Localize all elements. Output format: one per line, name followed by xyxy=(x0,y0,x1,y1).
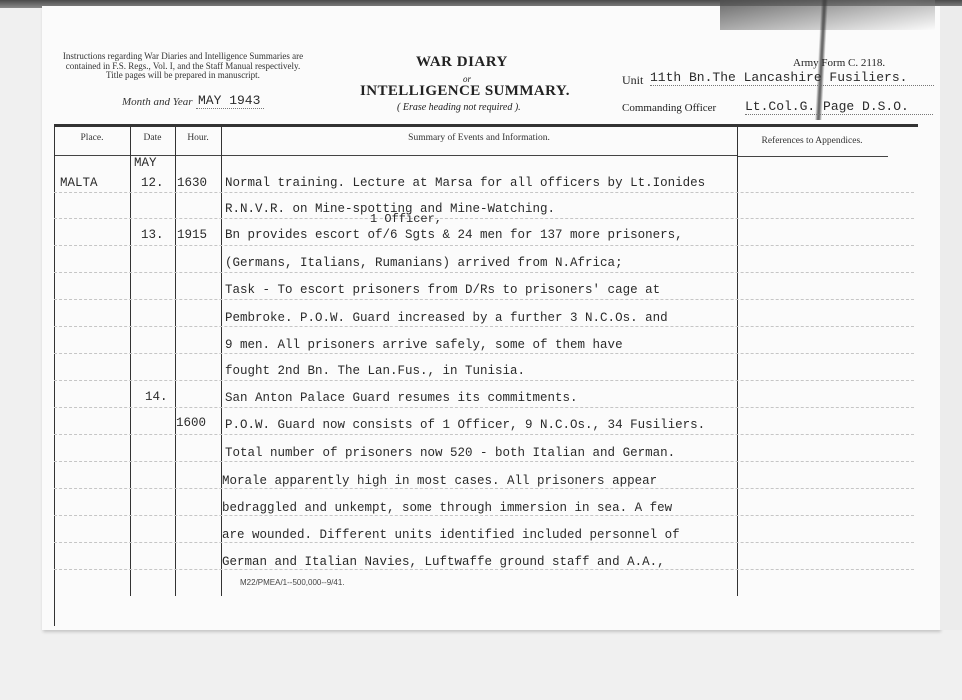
print-code: M22/PMEA/1--500,000--9/41. xyxy=(240,578,345,587)
commanding-officer-value: Lt.Col.G. Page D.S.O. xyxy=(745,99,933,115)
entry-place: MALTA xyxy=(60,176,98,190)
references-header-rule xyxy=(738,156,888,157)
entry-hour: 1630 xyxy=(177,176,207,190)
ruled-line xyxy=(54,380,914,381)
month-year-label: Month and Year xyxy=(122,96,193,108)
entry-insertion: 1 Officer, xyxy=(370,212,442,226)
ruled-line xyxy=(54,299,914,300)
month-year-value: MAY 1943 xyxy=(196,93,264,109)
ruled-line xyxy=(54,353,914,354)
entry-text: P.O.W. Guard now consists of 1 Officer, … xyxy=(225,418,705,432)
entry-text: bedraggled and unkempt, some through imm… xyxy=(222,501,672,515)
ruled-line xyxy=(54,515,914,516)
entry-hour: 1600 xyxy=(176,416,206,430)
form-number: Army Form C. 2118. xyxy=(793,57,885,69)
column-header-references: References to Appendices. xyxy=(737,136,887,146)
column-header-hour: Hour. xyxy=(175,133,221,143)
entry-text: (Germans, Italians, Rumanians) arrived f… xyxy=(225,256,623,270)
entry-text: are wounded. Different units identified … xyxy=(222,528,680,542)
entry-text: German and Italian Navies, Luftwaffe gro… xyxy=(222,555,665,569)
column-header-place: Place. xyxy=(54,133,130,143)
col-divider-place-date xyxy=(130,124,131,596)
entry-text: fought 2nd Bn. The Lan.Fus., in Tunisia. xyxy=(225,364,525,378)
title-war-diary: WAR DIARY xyxy=(416,54,508,71)
instructions-text: Instructions regarding War Diaries and I… xyxy=(62,52,304,81)
col-divider-summary-references xyxy=(737,124,738,596)
commanding-officer-label: Commanding Officer xyxy=(622,102,716,114)
col-divider-date-hour xyxy=(175,124,176,596)
ruled-line xyxy=(54,218,914,219)
ruled-line xyxy=(54,192,914,193)
entry-text: Total number of prisoners now 520 - both… xyxy=(225,446,675,460)
column-header-summary: Summary of Events and Information. xyxy=(221,133,737,143)
ruled-line xyxy=(54,272,914,273)
entry-date: 14. xyxy=(145,390,168,404)
ruled-line xyxy=(54,326,914,327)
entry-text: Bn provides escort of/6 Sgts & 24 men fo… xyxy=(225,228,683,242)
entry-text: 9 men. All prisoners arrive safely, some… xyxy=(225,338,623,352)
ruled-line xyxy=(54,434,914,435)
entry-hour: 1915 xyxy=(177,228,207,242)
ruled-line xyxy=(54,488,914,489)
ruled-line xyxy=(54,461,914,462)
entry-text: Normal training. Lecture at Marsa for al… xyxy=(225,176,705,190)
entry-date: 13. xyxy=(141,228,164,242)
ruled-line xyxy=(54,569,914,570)
ruled-line xyxy=(54,542,914,543)
entry-date: 12. xyxy=(141,176,164,190)
col-divider-hour-summary xyxy=(221,124,222,596)
column-header-date: Date xyxy=(130,133,175,143)
page-left-border xyxy=(54,124,55,626)
entry-date: MAY xyxy=(134,156,157,170)
unit-label: Unit xyxy=(622,73,643,88)
ruled-line xyxy=(54,245,914,246)
ruled-line xyxy=(54,407,914,408)
title-intelligence-summary: INTELLIGENCE SUMMARY. xyxy=(360,83,570,100)
unit-value: 11th Bn.The Lancashire Fusiliers. xyxy=(650,70,934,86)
entry-text: Morale apparently high in most cases. Al… xyxy=(222,474,657,488)
header-rule xyxy=(54,124,918,127)
title-note: ( Erase heading not required ). xyxy=(397,102,521,113)
entry-text: Pembroke. P.O.W. Guard increased by a fu… xyxy=(225,311,668,325)
scan-border-right xyxy=(940,6,962,630)
entry-text: Task - To escort prisoners from D/Rs to … xyxy=(225,283,660,297)
entry-text: San Anton Palace Guard resumes its commi… xyxy=(225,391,578,405)
